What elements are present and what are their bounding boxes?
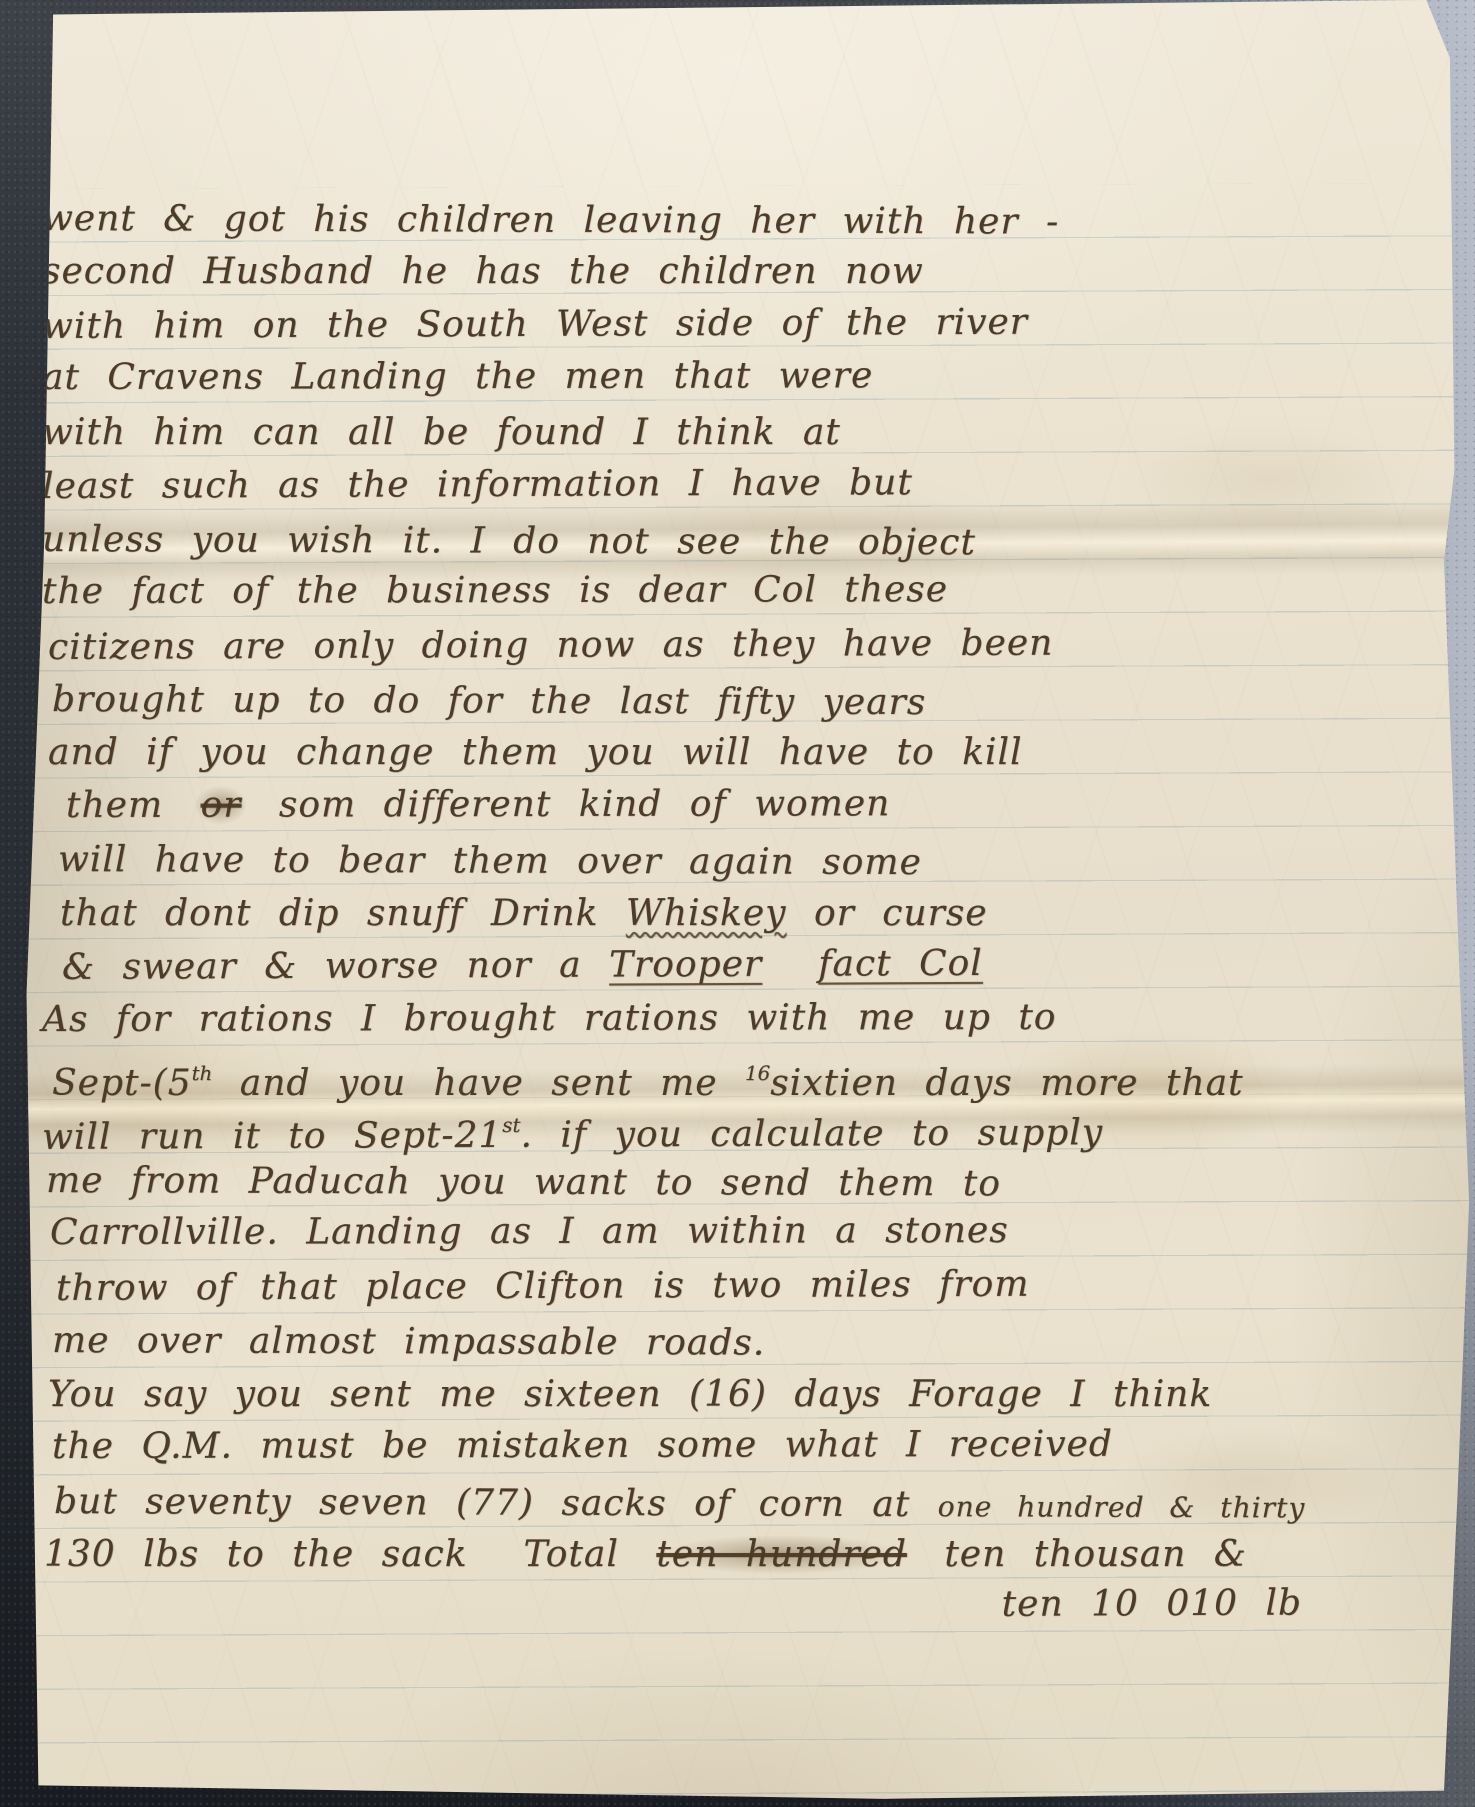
letter-line: second Husband he has the children now xyxy=(42,245,1432,298)
letter-line: Sept-(5th and you have sent me 16sixtien… xyxy=(42,1047,1432,1100)
letter-word-segment: will run it to Sept-21 xyxy=(42,1115,502,1158)
letter-line: citizens are only doing now as they have… xyxy=(42,614,1432,674)
letter-page: went & got his children leaving her with… xyxy=(0,0,1475,1807)
letter-word-segment: least such as the information I have but xyxy=(42,462,913,507)
letter-word-segment: st xyxy=(502,1114,520,1137)
letter-word-segment: fact Col xyxy=(818,943,983,985)
letter-word-segment: with him can all be found I think at xyxy=(42,412,841,453)
letter-word-segment: me from Paducah you want to send them to xyxy=(46,1160,1001,1204)
letter-word-segment xyxy=(762,944,818,985)
letter-word-segment: Whiskey xyxy=(626,893,787,934)
letter-line: Carrollville. Landing as I am within a s… xyxy=(42,1203,1432,1259)
letter-word-segment: 130 lbs to the sack Total xyxy=(44,1534,646,1575)
letter-line: & swear & worse nor a Trooper fact Col xyxy=(42,935,1432,995)
letter-line: me over almost impassable roads. xyxy=(42,1314,1432,1372)
letter-word-segment: Trooper xyxy=(609,944,762,986)
letter-line: that dont dip snuff Drink Whiskey or cur… xyxy=(42,887,1432,940)
letter-word-segment: the Q.M. must be mistaken some what I re… xyxy=(52,1424,1113,1467)
letter-line: them or som different kind of women xyxy=(42,776,1432,832)
letter-word-segment: went & got his children leaving her with… xyxy=(42,198,1059,243)
letter-word-segment: Sept-(5 xyxy=(52,1063,192,1104)
letter-word-segment: or xyxy=(190,782,251,827)
letter-word-segment: and if you change them you will have to … xyxy=(48,732,1023,773)
letter-word-segment: Carrollville. Landing as I am within a s… xyxy=(50,1210,1009,1253)
letter-word-segment: som different kind of women xyxy=(251,783,890,825)
letter-line: will run it to Sept-21st. if you calcula… xyxy=(42,1095,1432,1155)
letter-line: 130 lbs to the sack Total ten hundred te… xyxy=(42,1528,1432,1581)
letter-word-segment: the fact of the business is dear Col the… xyxy=(42,569,948,612)
letter-line: the fact of the business is dear Col the… xyxy=(42,562,1432,618)
letter-line: throw of that place Clifton is two miles… xyxy=(42,1256,1432,1316)
letter-word-segment: them xyxy=(66,785,191,826)
letter-line: will have to bear them over again some xyxy=(42,833,1432,891)
letter-word-segment: You say you sent me sixteen (16) days Fo… xyxy=(48,1374,1212,1415)
letter-line: least such as the information I have but xyxy=(42,454,1432,514)
letter-word-segment: unless you wish it. I do not see the obj… xyxy=(42,519,976,563)
letter-line: As for rations I brought rations with me… xyxy=(42,990,1432,1046)
letter-word-segment: with him on the South West side of the r… xyxy=(42,302,1028,347)
letter-word-segment: me over almost impassable roads. xyxy=(52,1320,765,1363)
letter-line: with him on the South West side of the r… xyxy=(42,294,1432,354)
letter-word-segment: one hundred & thirty xyxy=(938,1490,1306,1524)
letter-word-segment: second Husband he has the children now xyxy=(42,251,924,292)
letter-line: ten 10 010 lb xyxy=(42,1576,1432,1636)
letter-line: You say you sent me sixteen (16) days Fo… xyxy=(42,1368,1432,1421)
letter-word-segment: brought up to do for the last fifty year… xyxy=(52,679,926,723)
letter-word-segment: ten hundred xyxy=(646,1532,917,1577)
letter-word-segment: or curse xyxy=(787,893,988,934)
letter-word-segment: th xyxy=(192,1062,213,1085)
letter-line: brought up to do for the last fifty year… xyxy=(42,673,1432,731)
letter-word-segment: will have to bear them over again some xyxy=(58,839,922,883)
letter-line: and if you change them you will have to … xyxy=(42,726,1432,779)
letter-line: went & got his children leaving her with… xyxy=(42,192,1432,250)
letter-word-segment: 16 xyxy=(745,1062,770,1085)
letter-word-segment: that dont dip snuff Drink xyxy=(60,893,626,934)
letter-word-segment: As for rations I brought rations with me… xyxy=(42,996,1057,1039)
letter-word-segment: throw of that place Clifton is two miles… xyxy=(56,1263,1030,1308)
photo-background: went & got his children leaving her with… xyxy=(0,0,1475,1807)
letter-word-segment: . if you calculate to supply xyxy=(520,1113,1103,1157)
letter-word-segment: ten 10 010 lb xyxy=(1002,1583,1303,1625)
letter-line: with him can all be found I think at xyxy=(42,406,1432,459)
letter-word-segment: but seventy seven (77) sacks of corn at xyxy=(54,1481,938,1525)
letter-word-segment: ten thousan & xyxy=(917,1534,1247,1575)
letter-word-segment: citizens are only doing now as they have… xyxy=(48,622,1053,667)
letter-word-segment: & swear & worse nor a xyxy=(62,945,609,988)
letter-line: at Cravens Landing the men that were xyxy=(42,348,1432,404)
letter-word-segment: at Cravens Landing the men that were xyxy=(42,356,873,399)
letter-line: but seventy seven (77) sacks of corn at … xyxy=(42,1475,1432,1533)
letter-text: went & got his children leaving her with… xyxy=(42,192,1432,1635)
letter-line: the Q.M. must be mistaken some what I re… xyxy=(42,1417,1432,1473)
